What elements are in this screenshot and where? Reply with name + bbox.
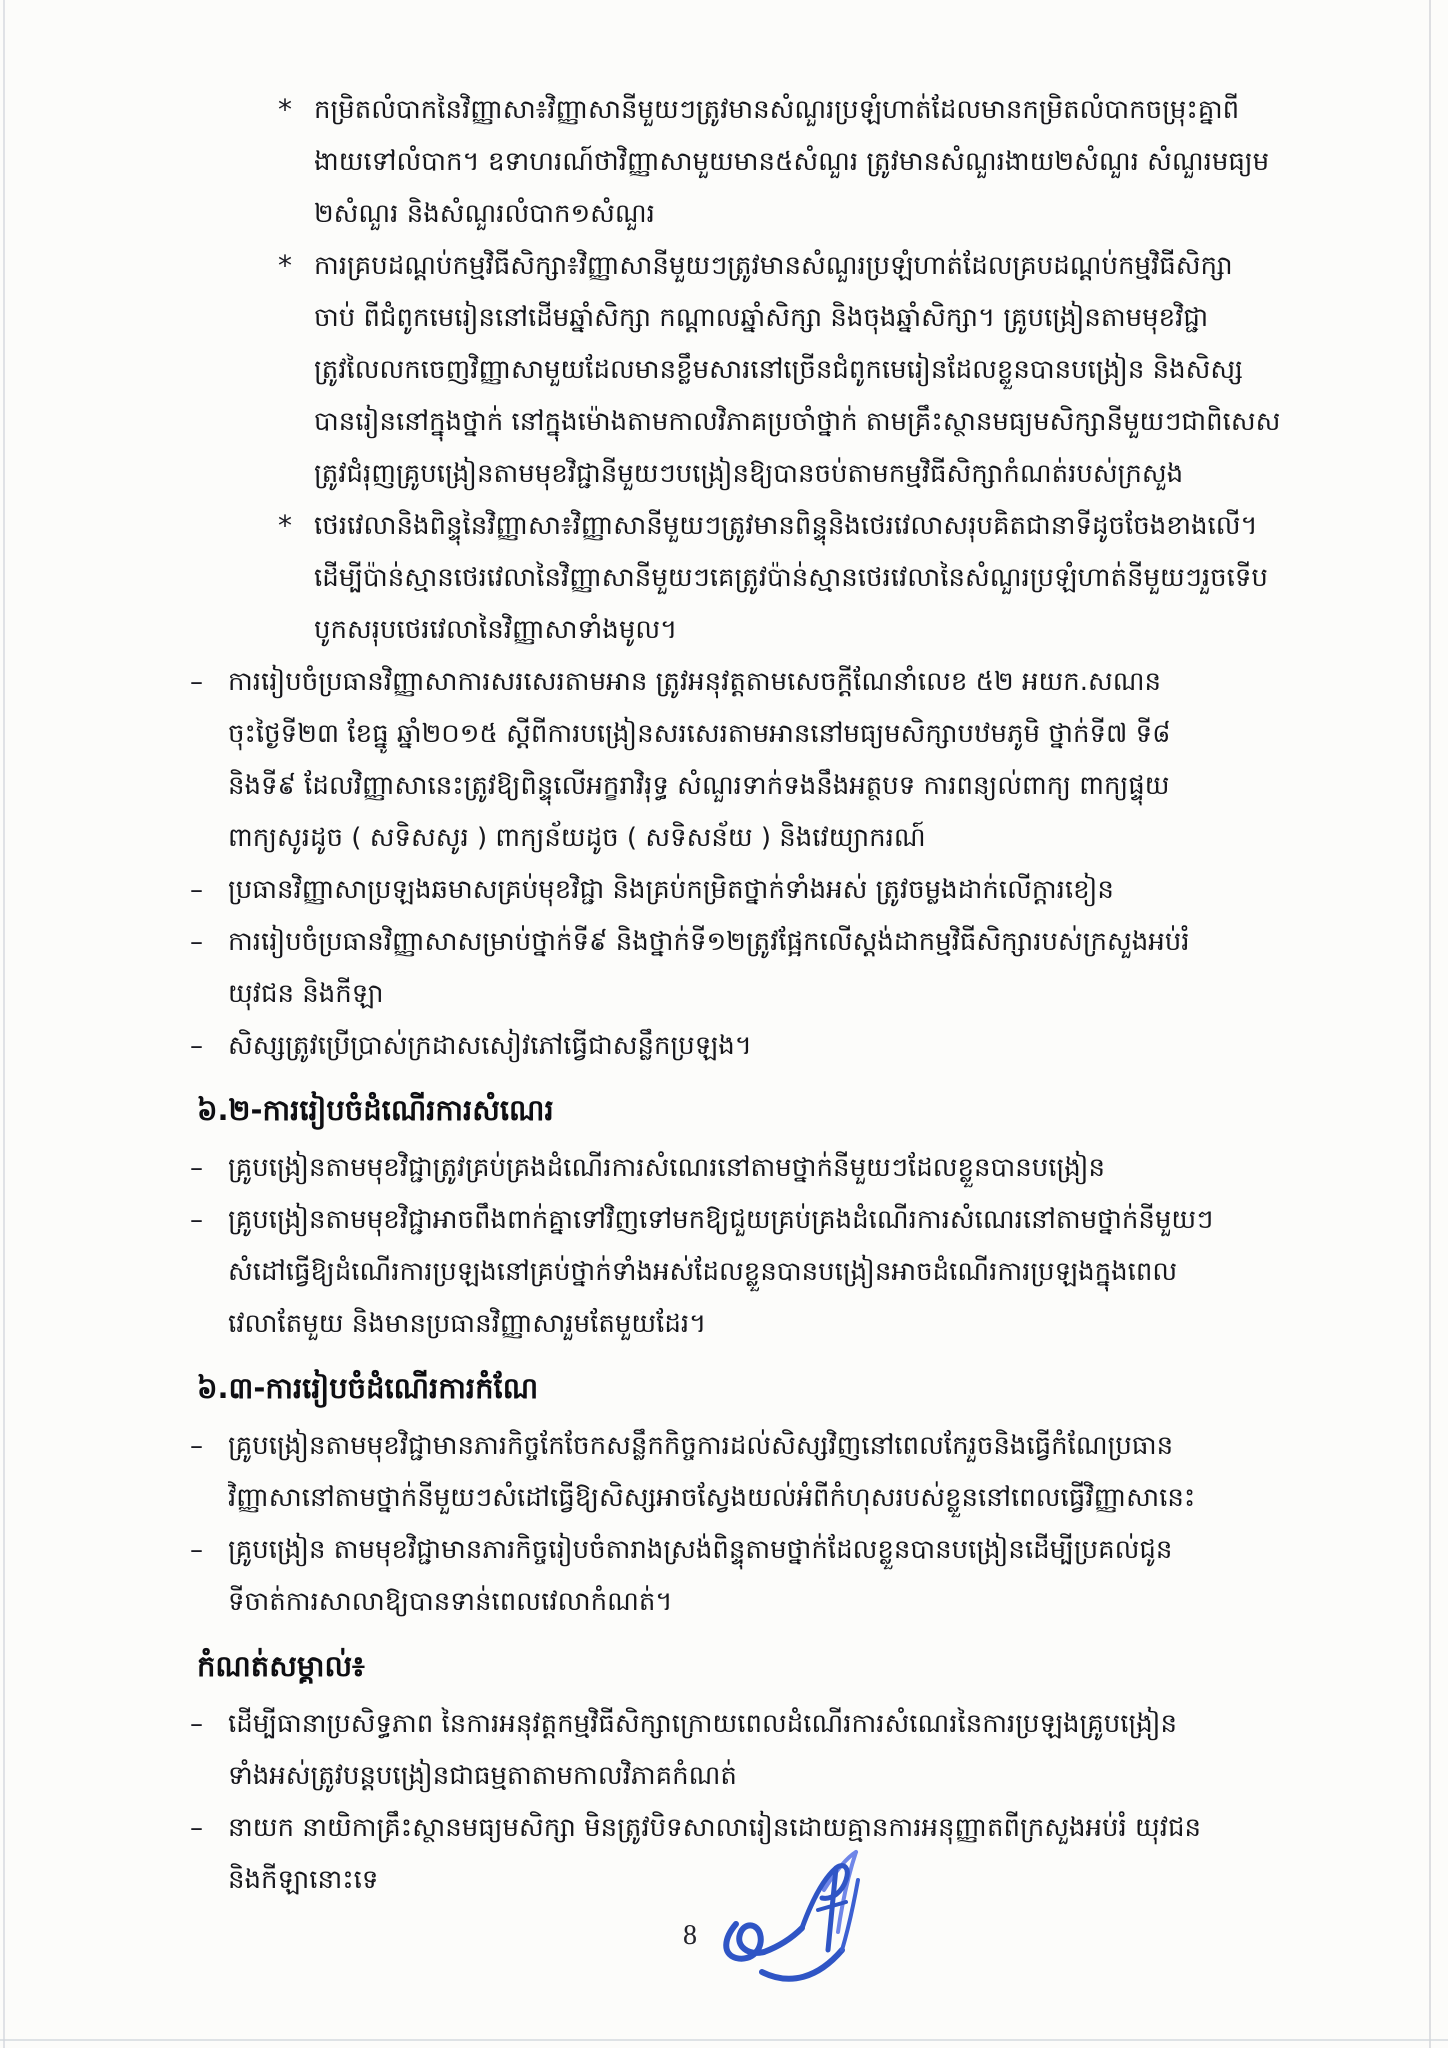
- dash-bullet-marker: –: [190, 1142, 228, 1194]
- section-heading: កំណត់សម្គាល់៖: [0, 1638, 1448, 1694]
- text-line: ការគ្របដណ្តប់កម្មវិធីសិក្សា៖វិញ្ញាសានីមួ…: [314, 240, 1424, 292]
- text-line: ថេរវេលានិងពិន្ទុនៃវិញ្ញាសា៖វិញ្ញាសានីមួយ…: [314, 500, 1424, 552]
- text-line: ការរៀបចំប្រធានវិញ្ញាសាការសរសេរតាមអាន ត្រ…: [228, 656, 1338, 708]
- dash-list-item: –គ្រូបង្រៀនតាមមុខវិជ្ជាមានភារកិច្ចកែចែកស…: [0, 1420, 1448, 1524]
- dash-list-item: –សិស្សត្រូវប្រើប្រាស់ក្រដាសសៀវភៅធ្វើជាសន…: [0, 1020, 1448, 1072]
- text-line: ដើម្បីប៉ាន់ស្មានថេរវេលានៃវិញ្ញាសានីមួយៗគ…: [314, 552, 1424, 604]
- item-lines: គ្រូបង្រៀនតាមមុខវិជ្ជាត្រូវគ្រប់គ្រងដំណើ…: [228, 1142, 1338, 1194]
- scan-edge-bottom: [0, 2039, 1448, 2041]
- text-line: ត្រូវលៃលកចេញវិញ្ញាសាមួយដែលមានខ្លឹមសារនៅច…: [314, 344, 1424, 396]
- bullet-list-item: *ថេរវេលានិងពិន្ទុនៃវិញ្ញាសា៖វិញ្ញាសានីមួ…: [0, 500, 1448, 656]
- text-line: សំដៅធ្វើឱ្យដំណើរការប្រឡងនៅគ្រប់ថ្នាក់ទាំ…: [228, 1246, 1338, 1298]
- text-line: ដើម្បីធានាប្រសិទ្ធភាព នៃការអនុវត្តកម្មវិ…: [228, 1698, 1338, 1750]
- text-line: ទាំងអស់ត្រូវបន្តបង្រៀនជាធម្មតាតាមកាលវិភា…: [228, 1750, 1338, 1802]
- bullet-list-item: *ការគ្របដណ្តប់កម្មវិធីសិក្សា៖វិញ្ញាសានីម…: [0, 240, 1448, 500]
- text-line: និងទី៩ ដែលវិញ្ញាសានេះត្រូវឱ្យពិន្ទុលើអក្…: [228, 760, 1338, 812]
- dash-list-item: –ដើម្បីធានាប្រសិទ្ធភាព នៃការអនុវត្តកម្មវ…: [0, 1698, 1448, 1802]
- text-line: ចាប់ ពីជំពូកមេរៀននៅដើមឆ្នាំសិក្សា កណ្តាល…: [314, 292, 1424, 344]
- document-blocks: *កម្រិតលំបាកនៃវិញ្ញាសា៖វិញ្ញាសានីមួយៗត្រ…: [0, 84, 1448, 1906]
- text-line: ២សំណួរ និងសំណួរលំបាក១សំណួរ: [314, 188, 1424, 240]
- dash-list-item: –គ្រូបង្រៀន តាមមុខវិជ្ជាមានភារកិច្ចរៀបចំ…: [0, 1524, 1448, 1628]
- dash-list-item: –គ្រូបង្រៀនតាមមុខវិជ្ជាត្រូវគ្រប់គ្រងដំណ…: [0, 1142, 1448, 1194]
- item-lines: គ្រូបង្រៀនតាមមុខវិជ្ជាមានភារកិច្ចកែចែកសន…: [228, 1420, 1338, 1524]
- text-line: បូកសរុបថេរវេលានៃវិញ្ញាសាទាំងមូល។: [314, 604, 1424, 656]
- text-line: យុវជន និងកីឡា: [228, 968, 1338, 1020]
- item-lines: ថេរវេលានិងពិន្ទុនៃវិញ្ញាសា៖វិញ្ញាសានីមួយ…: [314, 500, 1424, 656]
- text-line: ចុះថ្ងៃទី២៣ ខែធ្នូ ឆ្នាំ២០១៥ ស្តីពីការបង…: [228, 708, 1338, 760]
- dash-bullet-marker: –: [190, 1020, 228, 1072]
- text-line: គ្រូបង្រៀនតាមមុខវិជ្ជាត្រូវគ្រប់គ្រងដំណើ…: [228, 1142, 1338, 1194]
- section-heading: ៦.៣-ការរៀបចំដំណើរការកំណែ: [0, 1360, 1448, 1416]
- text-line: កម្រិតលំបាកនៃវិញ្ញាសា៖វិញ្ញាសានីមួយៗត្រូ…: [314, 84, 1424, 136]
- text-line: សិស្សត្រូវប្រើប្រាស់ក្រដាសសៀវភៅធ្វើជាសន្…: [228, 1020, 1338, 1072]
- item-lines: ការរៀបចំប្រធានវិញ្ញាសាការសរសេរតាមអាន ត្រ…: [228, 656, 1338, 864]
- item-lines: កម្រិតលំបាកនៃវិញ្ញាសា៖វិញ្ញាសានីមួយៗត្រូ…: [314, 84, 1424, 240]
- asterisk-bullet-marker: *: [278, 500, 314, 552]
- item-lines: ការរៀបចំប្រធានវិញ្ញាសាសម្រាប់ថ្នាក់ទី៩ ន…: [228, 916, 1338, 1020]
- asterisk-bullet-marker: *: [278, 84, 314, 136]
- dash-list-item: –ការរៀបចំប្រធានវិញ្ញាសាការសរសេរតាមអាន ត្…: [0, 656, 1448, 864]
- dash-bullet-marker: –: [190, 864, 228, 916]
- item-lines: គ្រូបង្រៀន តាមមុខវិជ្ជាមានភារកិច្ចរៀបចំត…: [228, 1524, 1338, 1628]
- page-number: 8: [683, 1920, 697, 1952]
- dash-bullet-marker: –: [190, 656, 228, 708]
- item-lines: សិស្សត្រូវប្រើប្រាស់ក្រដាសសៀវភៅធ្វើជាសន្…: [228, 1020, 1338, 1072]
- text-line: ការរៀបចំប្រធានវិញ្ញាសាសម្រាប់ថ្នាក់ទី៩ ន…: [228, 916, 1338, 968]
- item-lines: គ្រូបង្រៀនតាមមុខវិជ្ជាអាចពឹងពាក់គ្នាទៅវិ…: [228, 1194, 1338, 1350]
- item-lines: ដើម្បីធានាប្រសិទ្ធភាព នៃការអនុវត្តកម្មវិ…: [228, 1698, 1338, 1802]
- scanned-document-page: *កម្រិតលំបាកនៃវិញ្ញាសា៖វិញ្ញាសានីមួយៗត្រ…: [0, 0, 1448, 2048]
- text-line: បានរៀននៅក្នុងថ្នាក់ នៅក្នុងម៉ោងតាមកាលវិភ…: [314, 396, 1424, 448]
- text-line: ពាក្យសូរដូច ( សទិសសូរ ) ពាក្យន័យដូច ( សទ…: [228, 812, 1338, 864]
- text-line: ទីចាត់ការសាលាឱ្យបានទាន់ពេលវេលាកំណត់។: [228, 1576, 1338, 1628]
- section-heading: ៦.២-ការរៀបចំដំណើរការសំណេរ: [0, 1082, 1448, 1138]
- dash-bullet-marker: –: [190, 916, 228, 968]
- asterisk-bullet-marker: *: [278, 240, 314, 292]
- dash-list-item: –ប្រធានវិញ្ញាសាប្រឡងឆមាសគ្រប់មុខវិជ្ជា ន…: [0, 864, 1448, 916]
- dash-list-item: –គ្រូបង្រៀនតាមមុខវិជ្ជាអាចពឹងពាក់គ្នាទៅវ…: [0, 1194, 1448, 1350]
- text-line: វេលាតែមួយ និងមានប្រធានវិញ្ញាសារួមតែមួយដែ…: [228, 1298, 1338, 1350]
- dash-bullet-marker: –: [190, 1524, 228, 1576]
- text-line: ងាយទៅលំបាក។ ឧទាហរណ៍ថាវិញ្ញាសាមួយមាន៥សំណួ…: [314, 136, 1424, 188]
- item-lines: ការគ្របដណ្តប់កម្មវិធីសិក្សា៖វិញ្ញាសានីមួ…: [314, 240, 1424, 500]
- text-line: ត្រូវជំរុញគ្រូបង្រៀនតាមមុខវិជ្ជានីមួយៗបង…: [314, 448, 1424, 500]
- text-line: វិញ្ញាសានៅតាមថ្នាក់នីមួយៗសំដៅធ្វើឱ្យសិស្…: [228, 1472, 1338, 1524]
- text-line: គ្រូបង្រៀនតាមមុខវិជ្ជាមានភារកិច្ចកែចែកសន…: [228, 1420, 1338, 1472]
- dash-bullet-marker: –: [190, 1194, 228, 1246]
- bullet-list-item: *កម្រិតលំបាកនៃវិញ្ញាសា៖វិញ្ញាសានីមួយៗត្រ…: [0, 84, 1448, 240]
- signature-scribble-icon: [706, 1846, 876, 2006]
- dash-bullet-marker: –: [190, 1698, 228, 1750]
- item-lines: ប្រធានវិញ្ញាសាប្រឡងឆមាសគ្រប់មុខវិជ្ជា និ…: [228, 864, 1338, 916]
- dash-bullet-marker: –: [190, 1420, 228, 1472]
- page-footer: 8: [0, 1838, 1448, 2038]
- text-line: គ្រូបង្រៀន តាមមុខវិជ្ជាមានភារកិច្ចរៀបចំត…: [228, 1524, 1338, 1576]
- text-line: គ្រូបង្រៀនតាមមុខវិជ្ជាអាចពឹងពាក់គ្នាទៅវិ…: [228, 1194, 1338, 1246]
- text-line: ប្រធានវិញ្ញាសាប្រឡងឆមាសគ្រប់មុខវិជ្ជា និ…: [228, 864, 1338, 916]
- dash-list-item: –ការរៀបចំប្រធានវិញ្ញាសាសម្រាប់ថ្នាក់ទី៩ …: [0, 916, 1448, 1020]
